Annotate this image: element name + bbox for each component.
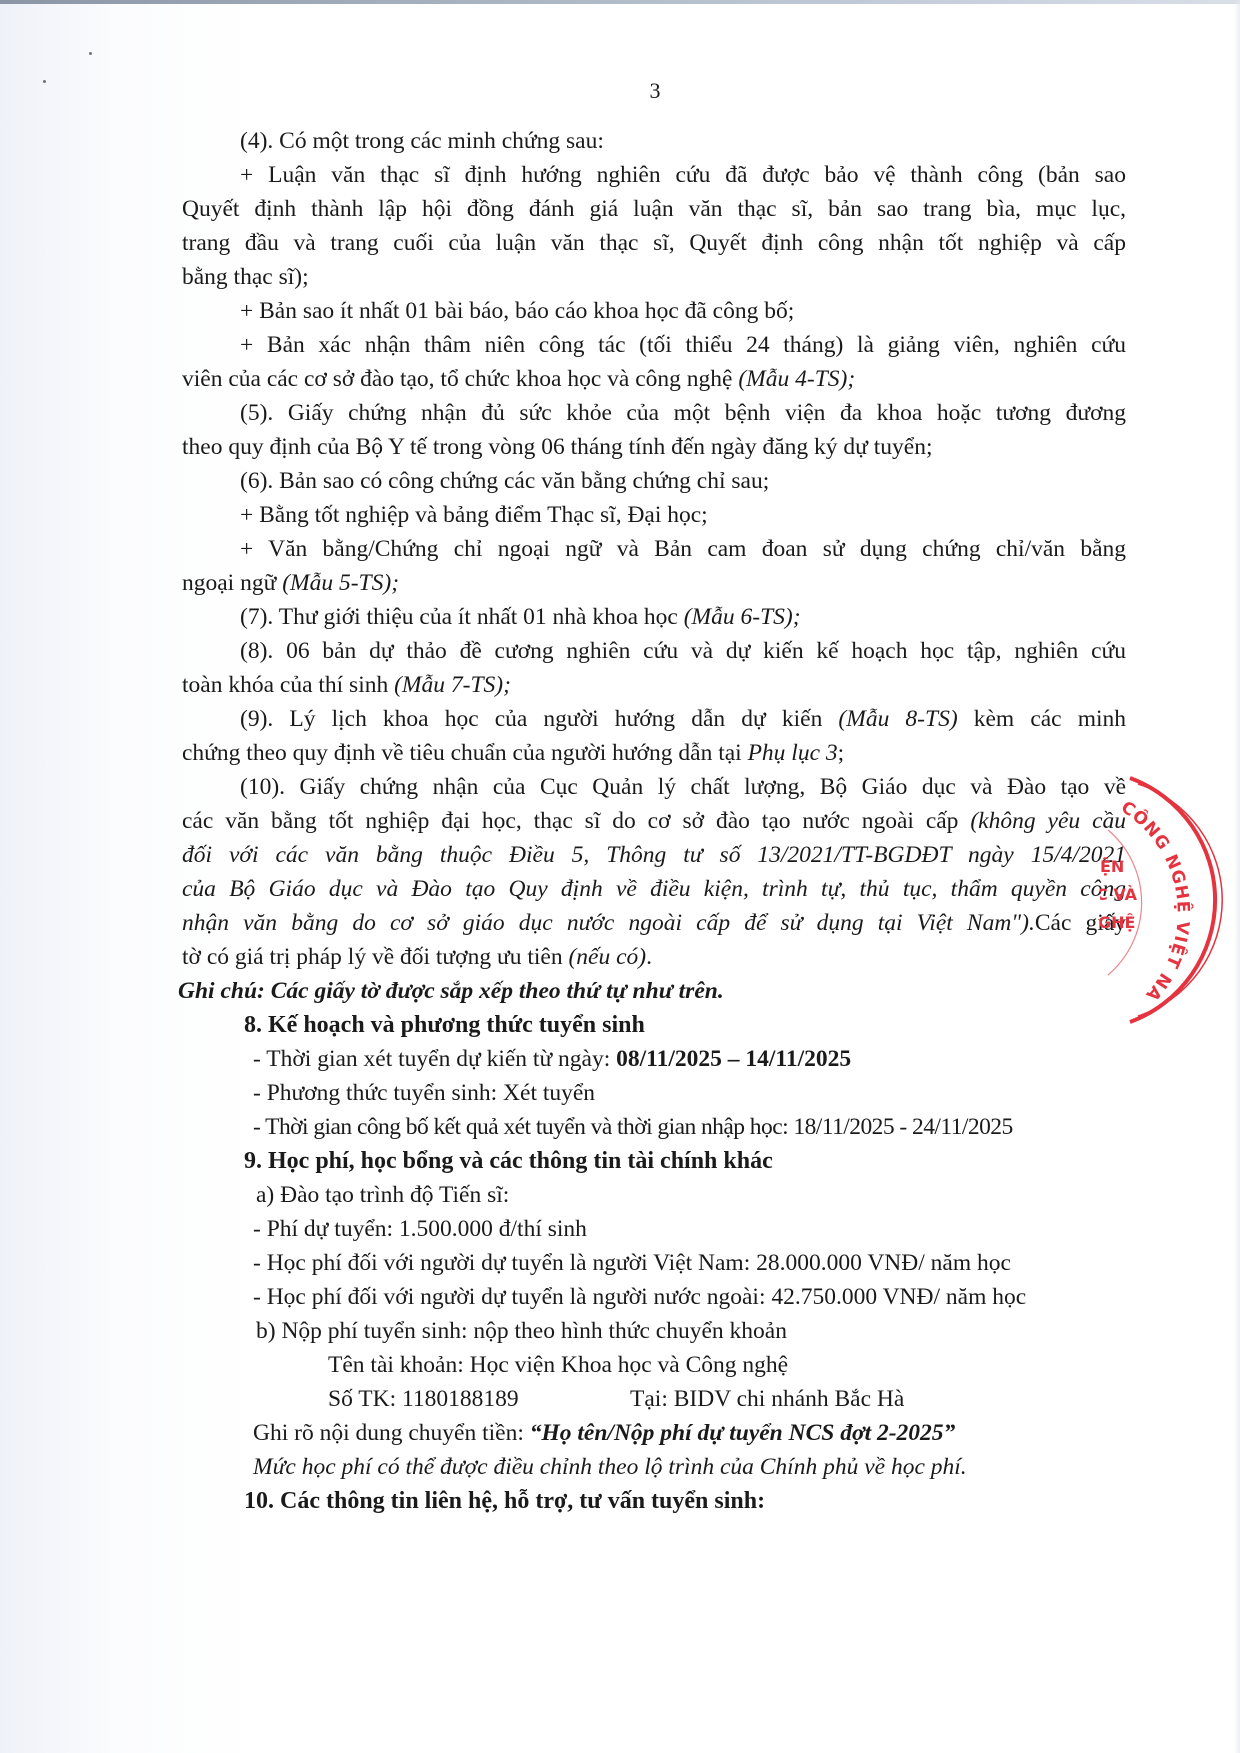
appendix-reference: Phụ lục 3: [748, 740, 838, 766]
form-reference: (Mẫu 6-TS);: [684, 604, 801, 630]
item-10-note: (nếu có): [568, 944, 646, 970]
item-9-text: (9). Lý lịch khoa học của người hướng dẫ…: [240, 706, 838, 732]
form-reference: (Mẫu 8-TS): [838, 706, 957, 732]
item-9-text: chứng theo quy định về tiêu chuẩn của ng…: [182, 740, 748, 766]
bank-branch: Tại: BIDV chi nhánh Bắc Hà: [630, 1384, 904, 1414]
item-4-sub3-line2: viên của các cơ sở đào tạo, tổ chức khoa…: [182, 364, 855, 394]
item-10-line1: (10). Giấy chứng nhận của Cục Quản lý ch…: [240, 772, 1126, 802]
item-10-text: Các giấy: [1035, 910, 1126, 936]
section-9-heading: 9. Học phí, học bổng và các thông tin tà…: [244, 1146, 773, 1176]
transfer-label: Ghi rõ nội dung chuyển tiền:: [253, 1420, 530, 1446]
item-10-note: (không yêu cầu: [970, 808, 1126, 834]
page-number: 3: [0, 78, 1240, 104]
scan-right-edge: [1234, 0, 1240, 1753]
section-8-method: - Phương thức tuyển sinh: Xét tuyển: [253, 1078, 595, 1108]
item-10-line5: nhận văn bằng do cơ sở giáo dục nước ngo…: [182, 908, 1126, 938]
item-9-line1: (9). Lý lịch khoa học của người hướng dẫ…: [240, 704, 1126, 734]
item-10-text: các văn bằng tốt nghiệp đại học, thạc sĩ…: [182, 808, 970, 834]
punctuation: .: [646, 944, 652, 970]
item-8-text: toàn khóa của thí sinh: [182, 672, 394, 698]
form-reference: (Mẫu 7-TS);: [394, 672, 511, 698]
fee-adjust-note: Mức học phí có thể được điều chỉnh theo …: [253, 1452, 967, 1482]
form-reference: (Mẫu 5-TS);: [282, 570, 399, 596]
fee-foreign: - Học phí đối với người dự tuyển là ngườ…: [253, 1282, 1026, 1312]
scan-top-edge: [0, 0, 1240, 4]
item-7-text: (7). Thư giới thiệu của ít nhất 01 nhà k…: [240, 604, 684, 630]
transfer-instruction: Ghi rõ nội dung chuyển tiền: “Họ tên/Nộp…: [253, 1418, 955, 1448]
item-10-note: nhận văn bằng do cơ sở giáo dục nước ngo…: [182, 910, 1035, 936]
item-7: (7). Thư giới thiệu của ít nhất 01 nhà k…: [240, 602, 801, 632]
item-10-line6: tờ có giá trị pháp lý về đối tượng ưu ti…: [182, 942, 652, 972]
section-8-heading: 8. Kế hoạch và phương thức tuyển sinh: [244, 1010, 645, 1040]
fee-application: - Phí dự tuyển: 1.500.000 đ/thí sinh: [253, 1214, 587, 1244]
item-9-line2: chứng theo quy định về tiêu chuẩn của ng…: [182, 738, 844, 768]
item-4-sub1-line: bằng thạc sĩ);: [182, 262, 309, 292]
fee-vietnamese: - Học phí đối với người dự tuyển là ngườ…: [253, 1248, 1011, 1278]
item-10-line2: các văn bằng tốt nghiệp đại học, thạc sĩ…: [182, 806, 1126, 836]
item-6-sub2-text: ngoại ngữ: [182, 570, 282, 596]
item-4-sub1-line: trang đầu và trang cuối của luận văn thạ…: [182, 228, 1126, 258]
item-4-sub2: + Bản sao ít nhất 01 bài báo, báo cáo kh…: [240, 296, 794, 326]
item-10-line4: của Bộ Giáo dục và Đào tạo Quy định về đ…: [182, 874, 1126, 904]
item-5-line1: (5). Giấy chứng nhận đủ sức khỏe của một…: [240, 398, 1126, 428]
section-8-time-label: - Thời gian xét tuyển dự kiến từ ngày:: [253, 1046, 616, 1072]
section-8-time: - Thời gian xét tuyển dự kiến từ ngày: 0…: [253, 1044, 851, 1074]
item-8-line1: (8). 06 bản dự thảo đề cương nghiên cứu …: [240, 636, 1126, 666]
transfer-content: “Họ tên/Nộp phí dự tuyển NCS đợt 2-2025”: [530, 1420, 956, 1446]
item-8-line2: toàn khóa của thí sinh (Mẫu 7-TS);: [182, 670, 511, 700]
item-6-sub2-line2: ngoại ngữ (Mẫu 5-TS);: [182, 568, 399, 598]
item-10-text: tờ có giá trị pháp lý về đối tượng ưu ti…: [182, 944, 568, 970]
item-6-title: (6). Bản sao có công chứng các văn bằng …: [240, 466, 769, 496]
item-9-text: kèm các minh: [958, 706, 1126, 732]
scan-speck: [89, 52, 92, 55]
item-4-sub3-line1: + Bản xác nhận thâm niên công tác (tối t…: [240, 330, 1126, 360]
form-reference: (Mẫu 4-TS);: [738, 366, 855, 392]
account-number: Số TK: 1180188189: [328, 1384, 519, 1414]
punctuation: ;: [838, 740, 845, 766]
item-4-sub1-line: + Luận văn thạc sĩ định hướng nghiên cứu…: [240, 160, 1126, 190]
section-8-results: - Thời gian công bố kết quả xét tuyển và…: [253, 1112, 1013, 1142]
documents-order-note: Ghi chú: Các giấy tờ được sắp xếp theo t…: [178, 976, 724, 1006]
section-9-a-title: a) Đào tạo trình độ Tiến sĩ:: [256, 1180, 509, 1210]
item-10-line3: đối với các văn bằng thuộc Điều 5, Thông…: [182, 840, 1126, 870]
section-8-time-value: 08/11/2025 – 14/11/2025: [616, 1046, 851, 1072]
item-4-sub3-text: viên của các cơ sở đào tạo, tổ chức khoa…: [182, 366, 738, 392]
item-4-title: (4). Có một trong các minh chứng sau:: [240, 126, 604, 156]
section-9-b-title: b) Nộp phí tuyển sinh: nộp theo hình thứ…: [256, 1316, 787, 1346]
section-10-heading: 10. Các thông tin liên hệ, hỗ trợ, tư vấ…: [244, 1486, 765, 1516]
item-6-sub1: + Bằng tốt nghiệp và bảng điểm Thạc sĩ, …: [240, 500, 708, 530]
item-4-sub1-line: Quyết định thành lập hội đồng đánh giá l…: [182, 194, 1126, 224]
account-name: Tên tài khoản: Học viện Khoa học và Công…: [328, 1350, 788, 1380]
item-6-sub2-line1: + Văn bằng/Chứng chỉ ngoại ngữ và Bản ca…: [240, 534, 1126, 564]
item-5-line2: theo quy định của Bộ Y tế trong vòng 06 …: [182, 432, 932, 462]
